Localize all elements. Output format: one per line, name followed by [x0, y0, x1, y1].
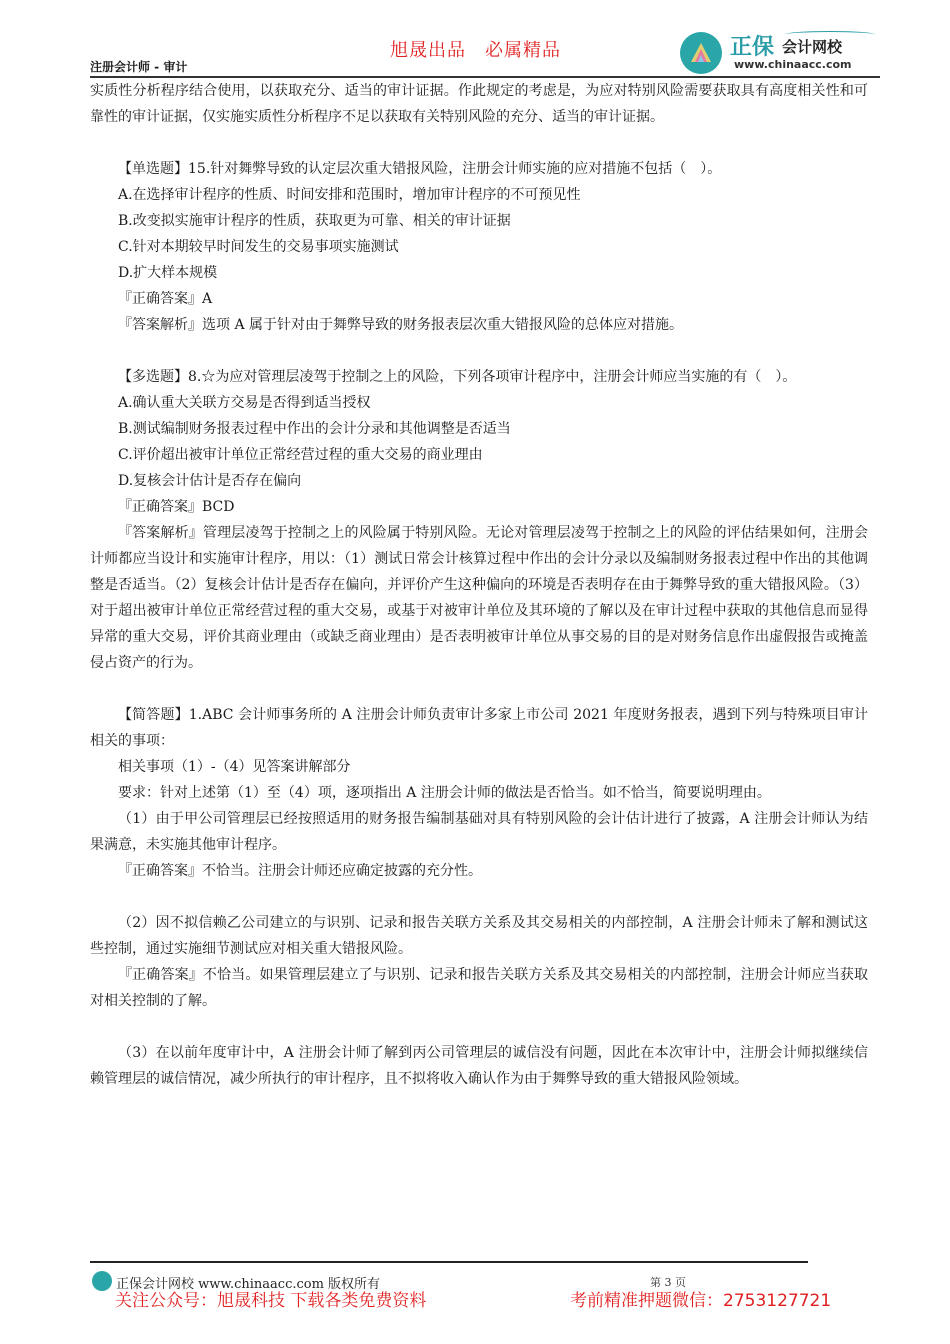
- brand-logo: 正保 会计网校 www.chinaacc.com: [680, 28, 890, 74]
- q1-item-3: （3）在以前年度审计中，A 注册会计师了解到丙公司管理层的诚信没有问题，因此在本…: [90, 1040, 868, 1092]
- footer-promo-right: 考前精准押题微信：2753127721: [570, 1286, 831, 1311]
- chinaacc-footer-logo-icon: [92, 1271, 112, 1291]
- header-slogan: 旭晟出品 必属精品: [390, 36, 561, 62]
- q8-analysis: 『答案解析』管理层凌驾于控制之上的风险属于特别风险。无论对管理层凌驾于控制之上的…: [90, 520, 868, 676]
- intro-paragraph: 实质性分析程序结合使用，以获取充分、适当的审计证据。作此规定的考虑是，为应对特别…: [90, 78, 868, 130]
- q8-option-c: C.评价超出被审计单位正常经营过程的重大交易的商业理由: [90, 442, 868, 468]
- q1-answer-1: 『正确答案』不恰当。注册会计师还应确定披露的充分性。: [90, 858, 868, 884]
- q8-answer: 『正确答案』BCD: [90, 494, 868, 520]
- q1-items-note: 相关事项（1）-（4）见答案讲解部分: [90, 754, 868, 780]
- footer-divider: [90, 1261, 808, 1263]
- document-body: 实质性分析程序结合使用，以获取充分、适当的审计证据。作此规定的考虑是，为应对特别…: [90, 78, 868, 1092]
- q15-analysis: 『答案解析』选项 A 属于针对由于舞弊导致的财务报表层次重大错报风险的总体应对措…: [90, 312, 868, 338]
- q1-answer-2: 『正确答案』不恰当。如果管理层建立了与识别、记录和报告关联方关系及其交易相关的内…: [90, 962, 868, 1014]
- q15-option-d: D.扩大样本规模: [90, 260, 868, 286]
- page-header: 旭晟出品 必属精品 注册会计师 - 审计 正保 会计网校 www.chinaac…: [90, 28, 880, 76]
- logo-subtitle: 会计网校: [782, 36, 842, 57]
- q1-requirement: 要求：针对上述第（1）至（4）项，逐项指出 A 注册会计师的做法是否恰当。如不恰…: [90, 780, 868, 806]
- q8-option-b: B.测试编制财务报表过程中作出的会计分录和其他调整是否适当: [90, 416, 868, 442]
- q8-option-d: D.复核会计估计是否存在偏向: [90, 468, 868, 494]
- q1-item-1: （1）由于甲公司管理层已经按照适用的财务报告编制基础对具有特别风险的会计估计进行…: [90, 806, 868, 858]
- logo-brand: 正保: [730, 30, 774, 61]
- course-title: 注册会计师 - 审计: [90, 58, 187, 75]
- q1-item-2: （2）因不拟信赖乙公司建立的与识别、记录和报告关联方关系及其交易相关的内部控制，…: [90, 910, 868, 962]
- q15-option-a: A.在选择审计程序的性质、时间安排和范围时，增加审计程序的不可预见性: [90, 182, 868, 208]
- q15-option-b: B.改变拟实施审计程序的性质，获取更为可靠、相关的审计证据: [90, 208, 868, 234]
- chinaacc-logo-icon: [680, 32, 722, 74]
- q15-option-c: C.针对本期较早时间发生的交易事项实施测试: [90, 234, 868, 260]
- question-1-stem: 【简答题】1.ABC 会计师事务所的 A 注册会计师负责审计多家上市公司 202…: [90, 702, 868, 754]
- question-8-stem: 【多选题】8.☆为应对管理层凌驾于控制之上的风险，下列各项审计程序中，注册会计师…: [90, 364, 868, 390]
- footer-promo-left: 关注公众号：旭晟科技 下载各类免费资料: [115, 1286, 426, 1311]
- q15-answer: 『正确答案』A: [90, 286, 868, 312]
- question-15-stem: 【单选题】15.针对舞弊导致的认定层次重大错报风险，注册会计师实施的应对措施不包…: [90, 156, 868, 182]
- q8-option-a: A.确认重大关联方交易是否得到适当授权: [90, 390, 868, 416]
- logo-url: www.chinaacc.com: [734, 58, 852, 71]
